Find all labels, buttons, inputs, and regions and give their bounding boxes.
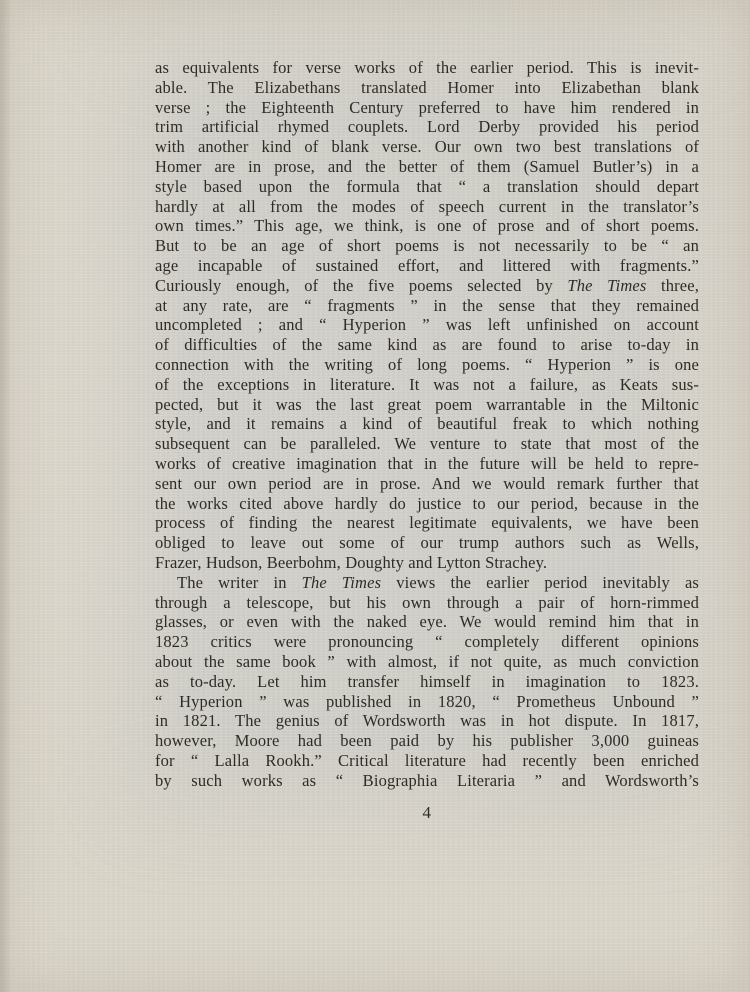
- text-line: But to be an age of short poems is not n…: [155, 236, 699, 256]
- scanned-book-page: as equivalents for verse works of the ea…: [0, 0, 750, 992]
- text-line: for “ Lalla Rookh.” Critical literature …: [155, 751, 699, 771]
- text-line: glasses, or even with the naked eye. We …: [155, 612, 699, 632]
- text-line: works of creative imagination that in th…: [155, 454, 699, 474]
- text-line: able. The Elizabethans translated Homer …: [155, 78, 699, 98]
- text-line: own times.” This age, we think, is one o…: [155, 216, 699, 236]
- text-line: by such works as “ Biographia Literaria …: [155, 771, 699, 791]
- text-line: through a telescope, but his own through…: [155, 593, 699, 613]
- page-number: 4: [155, 803, 699, 823]
- text-line: Homer are in prose, and the better of th…: [155, 157, 699, 177]
- text-line: at any rate, are “ fragments ” in the se…: [155, 296, 699, 316]
- text-line: with another kind of blank verse. Our ow…: [155, 137, 699, 157]
- text-line: trim artificial rhymed couplets. Lord De…: [155, 117, 699, 137]
- text-line: Curiously enough, of the five poems sele…: [155, 276, 699, 296]
- text-line: of the exceptions in literature. It was …: [155, 375, 699, 395]
- text-line: the works cited above hardly do justice …: [155, 494, 699, 514]
- text-line: pected, but it was the last great poem w…: [155, 395, 699, 415]
- text-line: uncompleted ; and “ Hyperion ” was left …: [155, 315, 699, 335]
- text-line: obliged to leave out some of our trump a…: [155, 533, 699, 553]
- text-line: verse ; the Eighteenth Century preferred…: [155, 98, 699, 118]
- text-line: style, and it remains a kind of beautifu…: [155, 414, 699, 434]
- text-line: sent our own period are in prose. And we…: [155, 474, 699, 494]
- text-line: 1823 critics were pronouncing “ complete…: [155, 632, 699, 652]
- text-line: of difficulties of the same kind as are …: [155, 335, 699, 355]
- text-line: as to-day. Let him transfer himself in i…: [155, 672, 699, 692]
- text-line: style based upon the formula that “ a tr…: [155, 177, 699, 197]
- paragraph: as equivalents for verse works of the ea…: [155, 58, 699, 573]
- body-text: as equivalents for verse works of the ea…: [155, 58, 699, 790]
- page-left-edge-shadow: [0, 0, 12, 992]
- text-line: subsequent can be paralleled. We venture…: [155, 434, 699, 454]
- text-line: process of finding the nearest legitimat…: [155, 513, 699, 533]
- text-line: as equivalents for verse works of the ea…: [155, 58, 699, 78]
- text-line: “ Hyperion ” was published in 1820, “ Pr…: [155, 692, 699, 712]
- text-line: Frazer, Hudson, Beerbohm, Doughty and Ly…: [155, 553, 699, 573]
- text-line: in 1821. The genius of Wordsworth was in…: [155, 711, 699, 731]
- text-line: age incapable of sustained effort, and l…: [155, 256, 699, 276]
- text-line: about the same book ” with almost, if no…: [155, 652, 699, 672]
- paragraph: The writer in The Times views the earlie…: [155, 573, 699, 791]
- text-line: connection with the writing of long poem…: [155, 355, 699, 375]
- text-line: however, Moore had been paid by his publ…: [155, 731, 699, 751]
- text-line: The writer in The Times views the earlie…: [155, 573, 699, 593]
- text-line: hardly at all from the modes of speech c…: [155, 197, 699, 217]
